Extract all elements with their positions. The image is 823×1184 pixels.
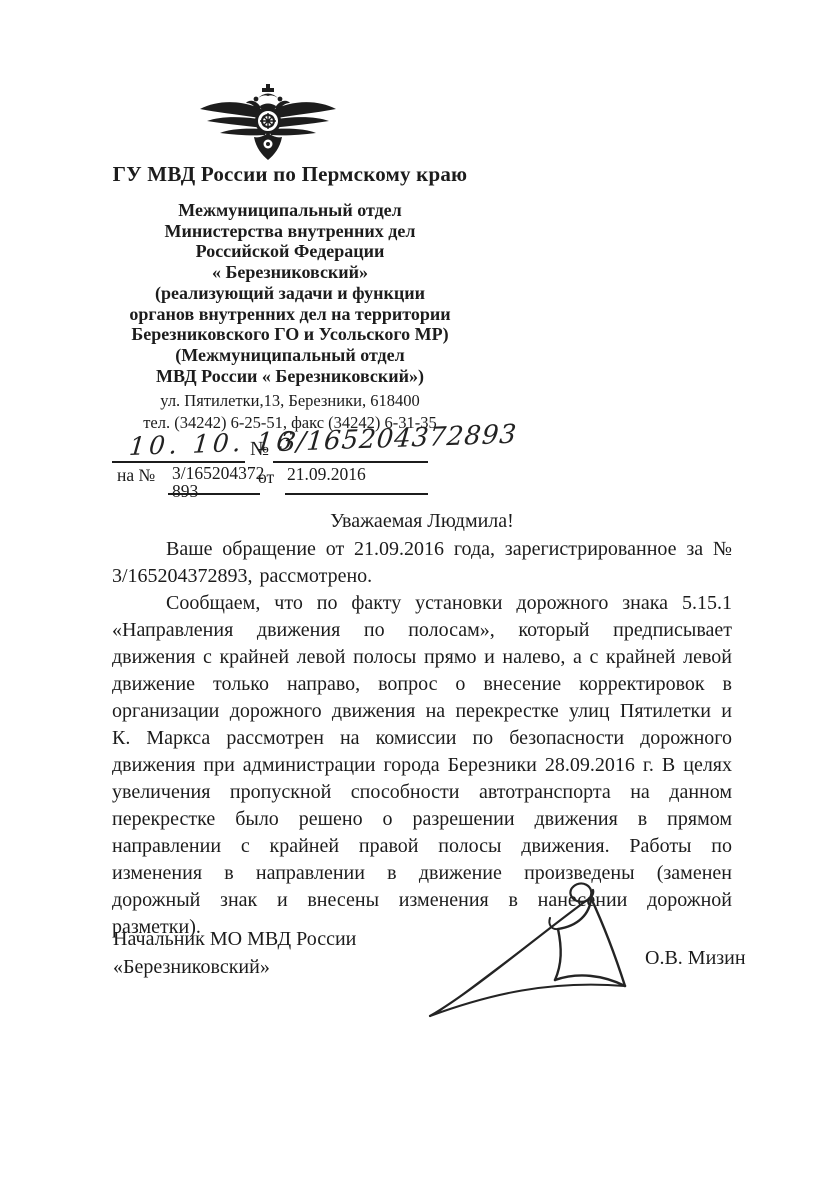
mvd-eagle-emblem-icon: [197, 82, 339, 162]
org-line: Березниковского ГО и Усольского МР): [90, 324, 490, 345]
org-line: Министерства внутренних дел: [90, 221, 490, 242]
address-line: ул. Пятилетки,13, Березники, 618400: [90, 390, 490, 412]
date-underline: [112, 461, 245, 463]
outgoing-number-label: №: [250, 438, 269, 461]
org-line: Российской Федерации: [90, 241, 490, 262]
reply-to-date: 21.09.2016: [287, 464, 366, 485]
reply-to-number: 3/165204372 893: [172, 464, 267, 500]
org-line: органов внутренних дел на территории: [90, 304, 490, 325]
document-page: ГУ МВД России по Пермскому краю Межмуниц…: [0, 0, 823, 1184]
org-line: « Березниковский»: [90, 262, 490, 283]
reply-to-number-line2: 893: [172, 481, 198, 501]
signer-name: О.В. Мизин: [645, 947, 746, 970]
address-line: тел. (34242) 6-25-51, факс (34242) 6-31-…: [90, 412, 490, 434]
org-line: (реализующий задачи и функции: [90, 283, 490, 304]
from-date-label: от: [258, 467, 274, 488]
org-line: (Межмуниципальный отдел: [90, 345, 490, 366]
reply-date-underline: [285, 493, 428, 495]
signer-position-line2: «Березниковский»: [113, 953, 356, 981]
greeting-line: Уважаемая Людмила!: [112, 508, 732, 535]
address-block: ул. Пятилетки,13, Березники, 618400 тел.…: [90, 390, 490, 434]
signer-position: Начальник МО МВД России «Березниковский»: [113, 925, 356, 981]
organization-name-block: Межмуниципальный отдел Министерства внут…: [90, 200, 490, 386]
body-paragraph: Ваше обращение от 21.09.2016 года, зарег…: [112, 536, 732, 590]
handwritten-signature-icon: [420, 868, 650, 1028]
reply-to-label: на №: [117, 465, 155, 486]
number-underline: [273, 461, 428, 463]
agency-title: ГУ МВД России по Пермскому краю: [90, 162, 490, 187]
reply-to-number-line1: 3/165204372: [172, 463, 264, 483]
org-line: МВД России « Березниковский»): [90, 366, 490, 387]
org-line: Межмуниципальный отдел: [90, 200, 490, 221]
signer-position-line1: Начальник МО МВД России: [113, 925, 356, 953]
reply-number-underline: [168, 493, 260, 495]
